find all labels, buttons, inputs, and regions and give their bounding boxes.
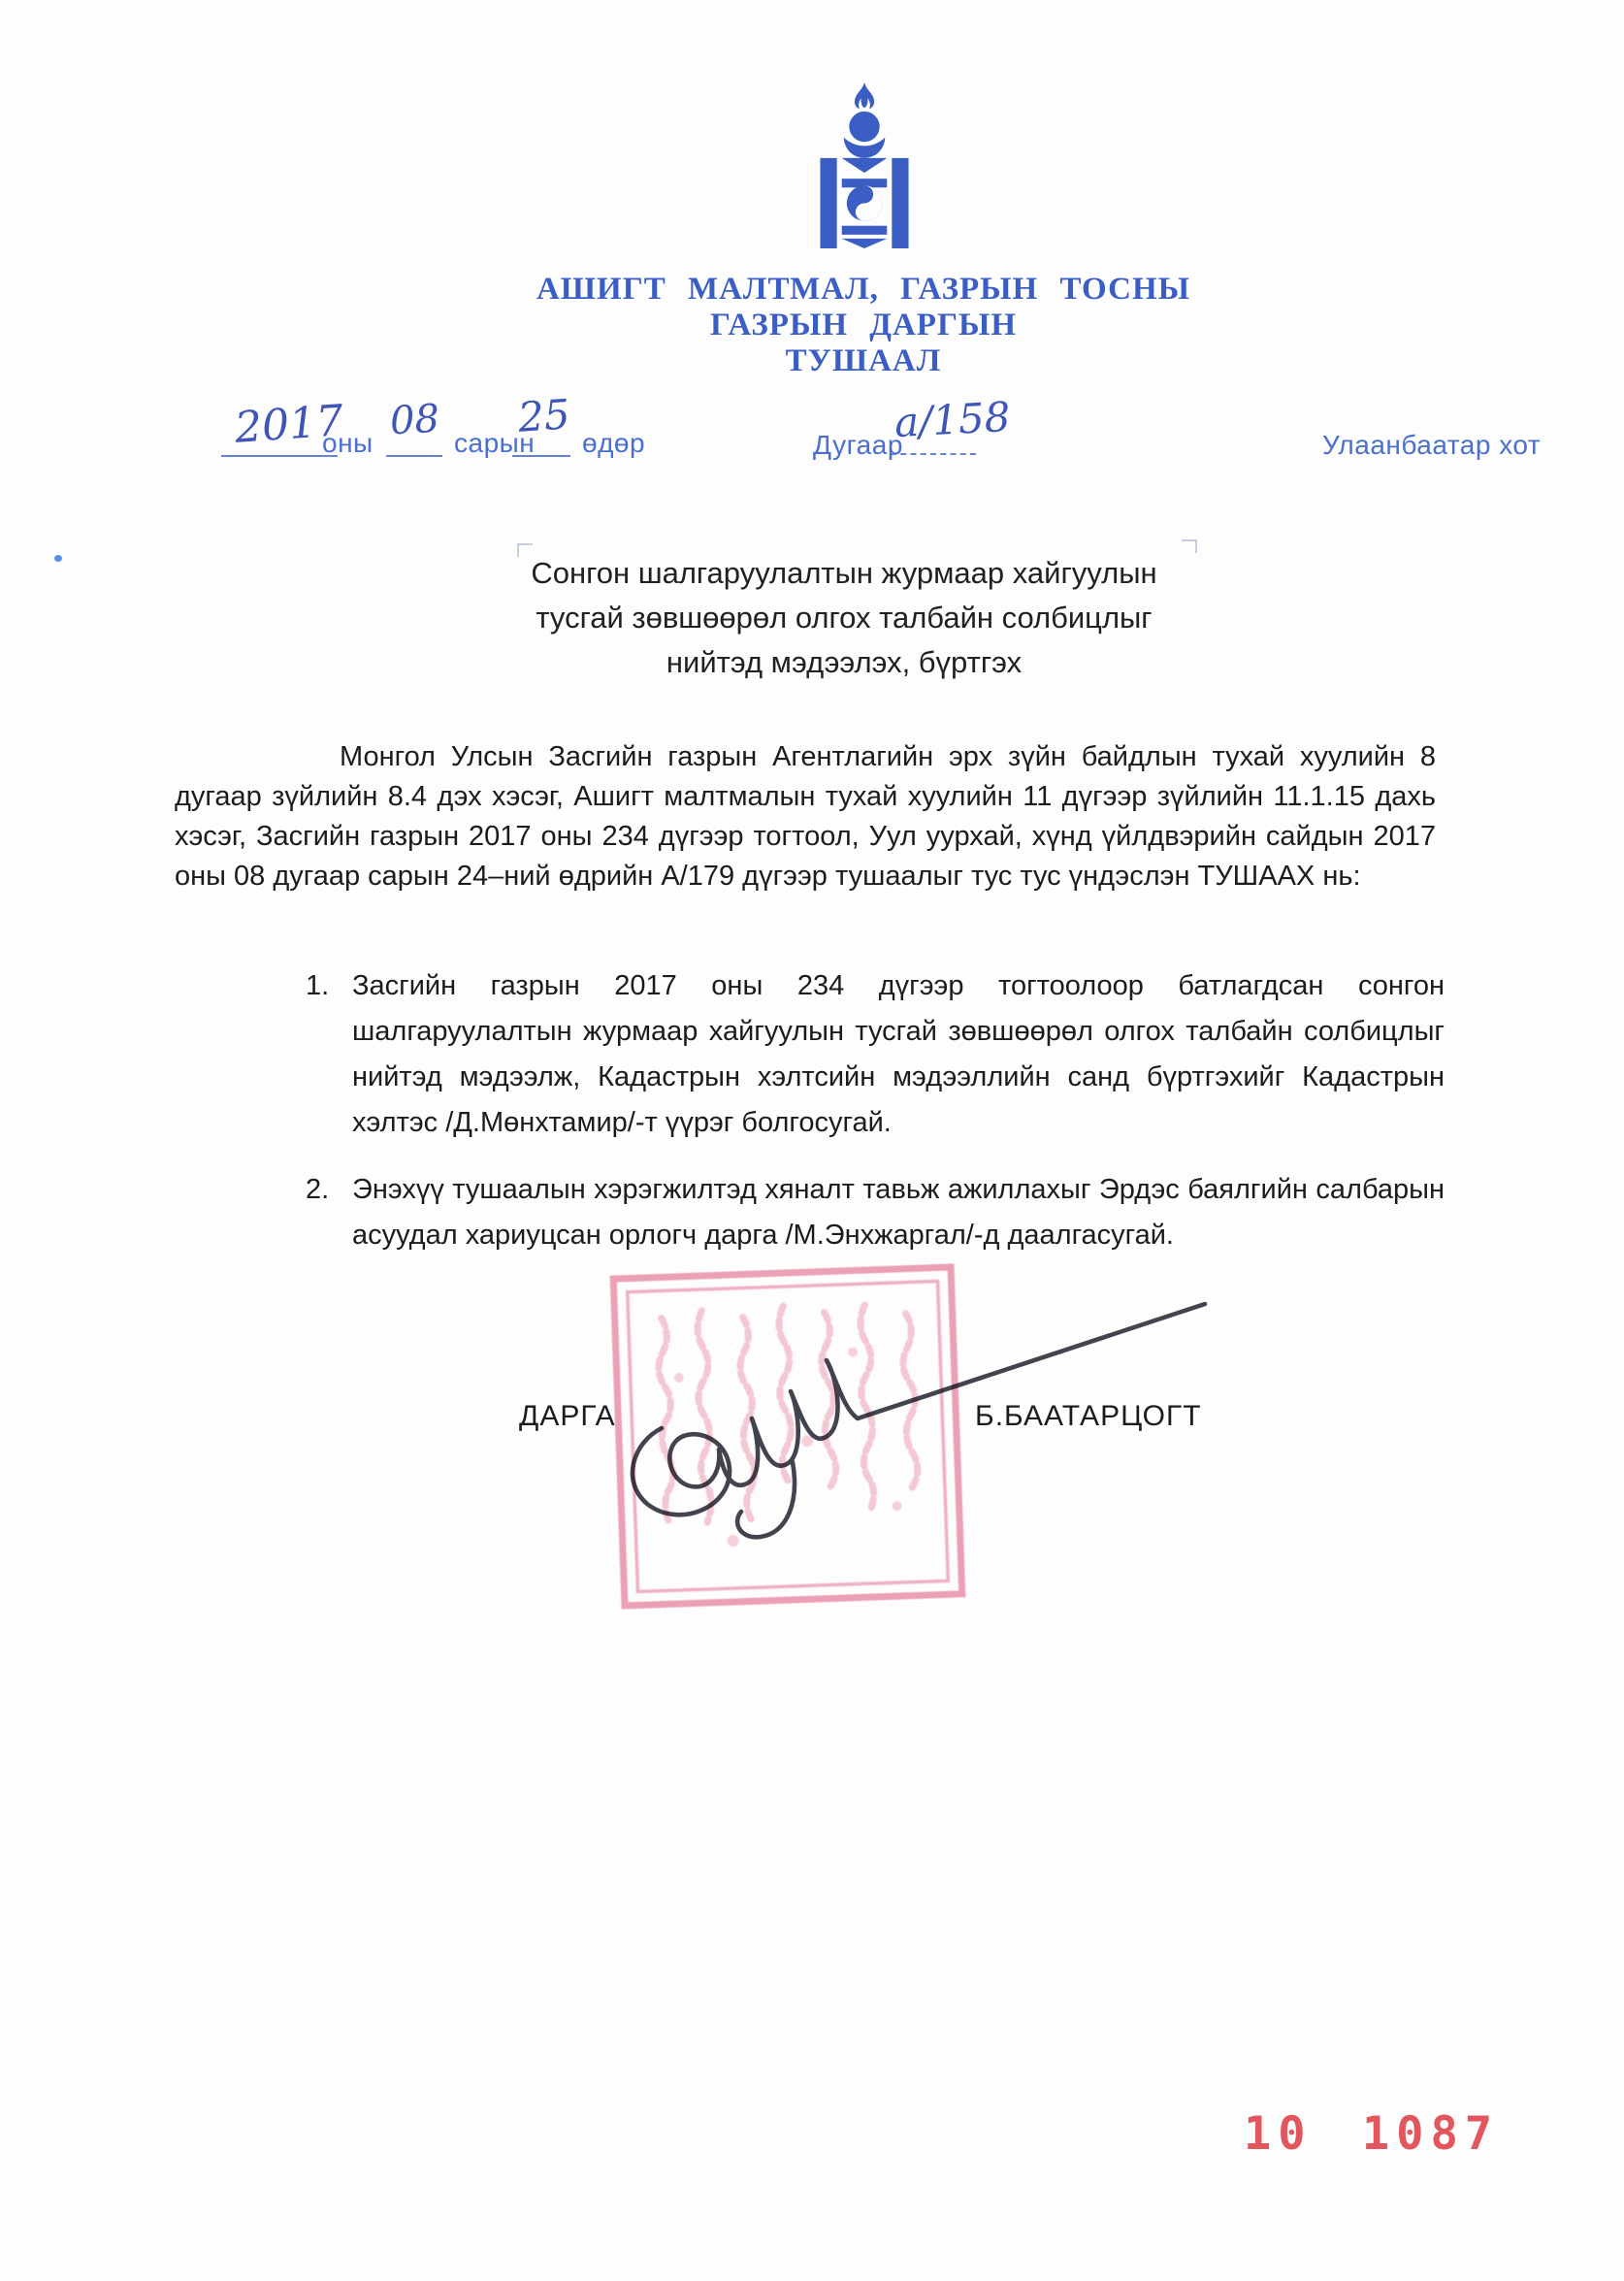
document-title-line2: тусгай зөвшөөрөл олгох талбайн солбицлыг: [441, 596, 1247, 640]
org-name-line1: АШИГТ МАЛТМАЛ, ГАЗРЫН ТОСНЫ: [524, 272, 1203, 308]
soyombo-emblem-icon: [820, 81, 909, 248]
document-title-line1: Сонгон шалгаруулалтын журмаар хайгуулын: [441, 551, 1247, 596]
scan-corner-mark-left: [517, 543, 533, 557]
order-item-1-text: Засгийн газрын 2017 оны 234 дүгээр тогто…: [352, 963, 1445, 1146]
scan-corner-mark-right: [1182, 539, 1197, 553]
year-blank-line: [221, 455, 338, 457]
handwritten-month-value: 08: [389, 397, 440, 444]
day-label: өдөр: [582, 428, 645, 459]
order-item-1-number: 1.: [306, 963, 352, 1009]
order-item-2-text: Энэхүү тушаалын хэрэгжилтэд хяналт тавьж…: [352, 1167, 1445, 1258]
city-label: Улаанбаатар хот: [1322, 430, 1541, 461]
scan-ink-speck: [54, 555, 62, 562]
org-name-line2: ГАЗРЫН ДАРГЫН: [524, 308, 1203, 343]
order-item-2: 2. Энэхүү тушаалын хэрэгжилтэд хяналт та…: [306, 1167, 1445, 1258]
preamble-paragraph: Монгол Улсын Засгийн газрын Агентлагийн …: [175, 737, 1436, 896]
document-title: Сонгон шалгаруулалтын журмаар хайгуулын …: [441, 551, 1247, 685]
document-title-line3: нийтэд мэдээлэх, бүртгэх: [441, 640, 1247, 685]
org-name-line3: ТУШААЛ: [524, 343, 1203, 379]
month-blank-line: [386, 455, 442, 457]
signature-role-label: ДАРГА: [519, 1400, 616, 1433]
year-label: оны: [322, 428, 374, 459]
number-blank-line: [891, 453, 976, 455]
document-number-label: Дугаар: [813, 430, 903, 461]
order-item-1: 1. Засгийн газрын 2017 оны 234 дүгээр то…: [306, 963, 1445, 1146]
registry-number-stamp: 10 1087: [1244, 2107, 1499, 2161]
day-blank-line: [512, 455, 570, 457]
org-header: АШИГТ МАЛТМАЛ, ГАЗРЫН ТОСНЫ ГАЗРЫН ДАРГЫ…: [524, 272, 1203, 379]
scanned-document-page: АШИГТ МАЛТМАЛ, ГАЗРЫН ТОСНЫ ГАЗРЫН ДАРГЫ…: [0, 0, 1624, 2281]
order-item-2-number: 2.: [306, 1167, 352, 1213]
handwritten-day-value: 25: [516, 390, 571, 441]
signatory-name: Б.БААТАРЦОГТ: [975, 1400, 1202, 1433]
handwritten-document-number: а/158: [893, 393, 1012, 446]
